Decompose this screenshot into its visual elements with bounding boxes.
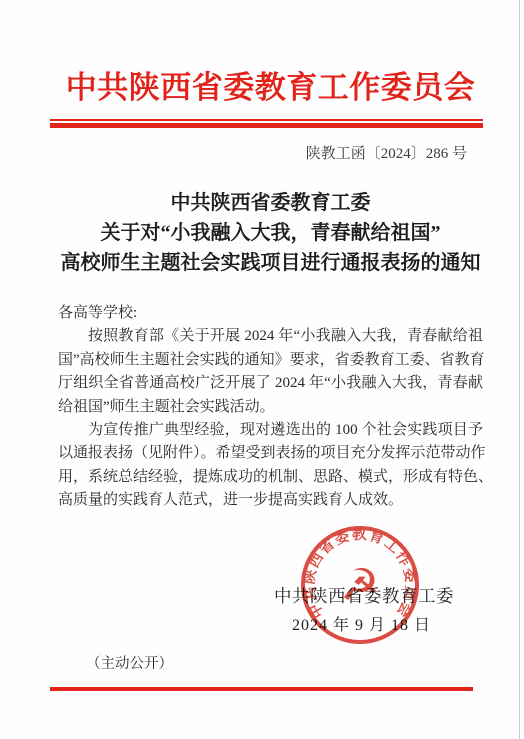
- paragraph-1-line: 厅组织全省普通高校广泛开展了 2024 年“小我融入大我，青春献: [58, 372, 483, 395]
- document-page: 中共陕西省委教育工作委员会 陕教工函〔2024〕286 号 中共陕西省委教育工委…: [0, 0, 524, 739]
- notice-title-line-2: 关于对“小我融入大我，青春献给祖国”: [49, 218, 492, 248]
- letterhead-divider-thick-line: [50, 123, 483, 128]
- salutation: 各高等学校:: [58, 302, 483, 325]
- notice-title-line-3: 高校师生主题社会实践项目进行通报表扬的通知: [49, 248, 492, 278]
- letterhead-divider: [50, 119, 483, 128]
- paragraph-2-line: 为宣传推广典型经验，现对遴选出的 100 个社会实践项目予: [58, 419, 483, 442]
- paragraph-1-line: 国”高校师生主题社会实践的通知》要求，省委教育工委、省教育: [58, 349, 483, 372]
- footer-divider: [50, 687, 473, 691]
- publicity-note: （主动公开）: [86, 652, 173, 673]
- notice-title: 中共陕西省委教育工委 关于对“小我融入大我，青春献给祖国” 高校师生主题社会实践…: [49, 188, 492, 278]
- paragraph-2-line: 用，系统总结经验，提炼成功的机制、思路、模式，形成有特色、: [58, 466, 483, 489]
- paragraph-2-line: 高质量的实践育人范式，进一步提高实践育人成效。: [58, 489, 483, 512]
- hammer-sickle-emblem-icon: ☭: [340, 560, 379, 611]
- document-number: 陕教工函〔2024〕286 号: [58, 142, 467, 163]
- paragraph-1-line: 给祖国”师生主题社会实践活动。: [58, 396, 483, 419]
- paragraph-2-line: 以通报表扬（见附件）。希望受到表扬的项目充分发挥示范带动作: [58, 442, 483, 465]
- letterhead-org-name: 中共陕西省委教育工作委员会: [58, 62, 483, 107]
- paragraph-1-line: 按照教育部《关于开展 2024 年“小我融入大我，青春献给祖: [58, 325, 483, 348]
- notice-title-line-1: 中共陕西省委教育工委: [49, 188, 492, 218]
- official-seal: 中共陕西省委教育工作委员会 ☭: [294, 519, 426, 651]
- notice-body: 各高等学校: 按照教育部《关于开展 2024 年“小我融入大我，青春献给祖 国”…: [58, 302, 483, 513]
- page-edge-shadow: [519, 0, 520, 739]
